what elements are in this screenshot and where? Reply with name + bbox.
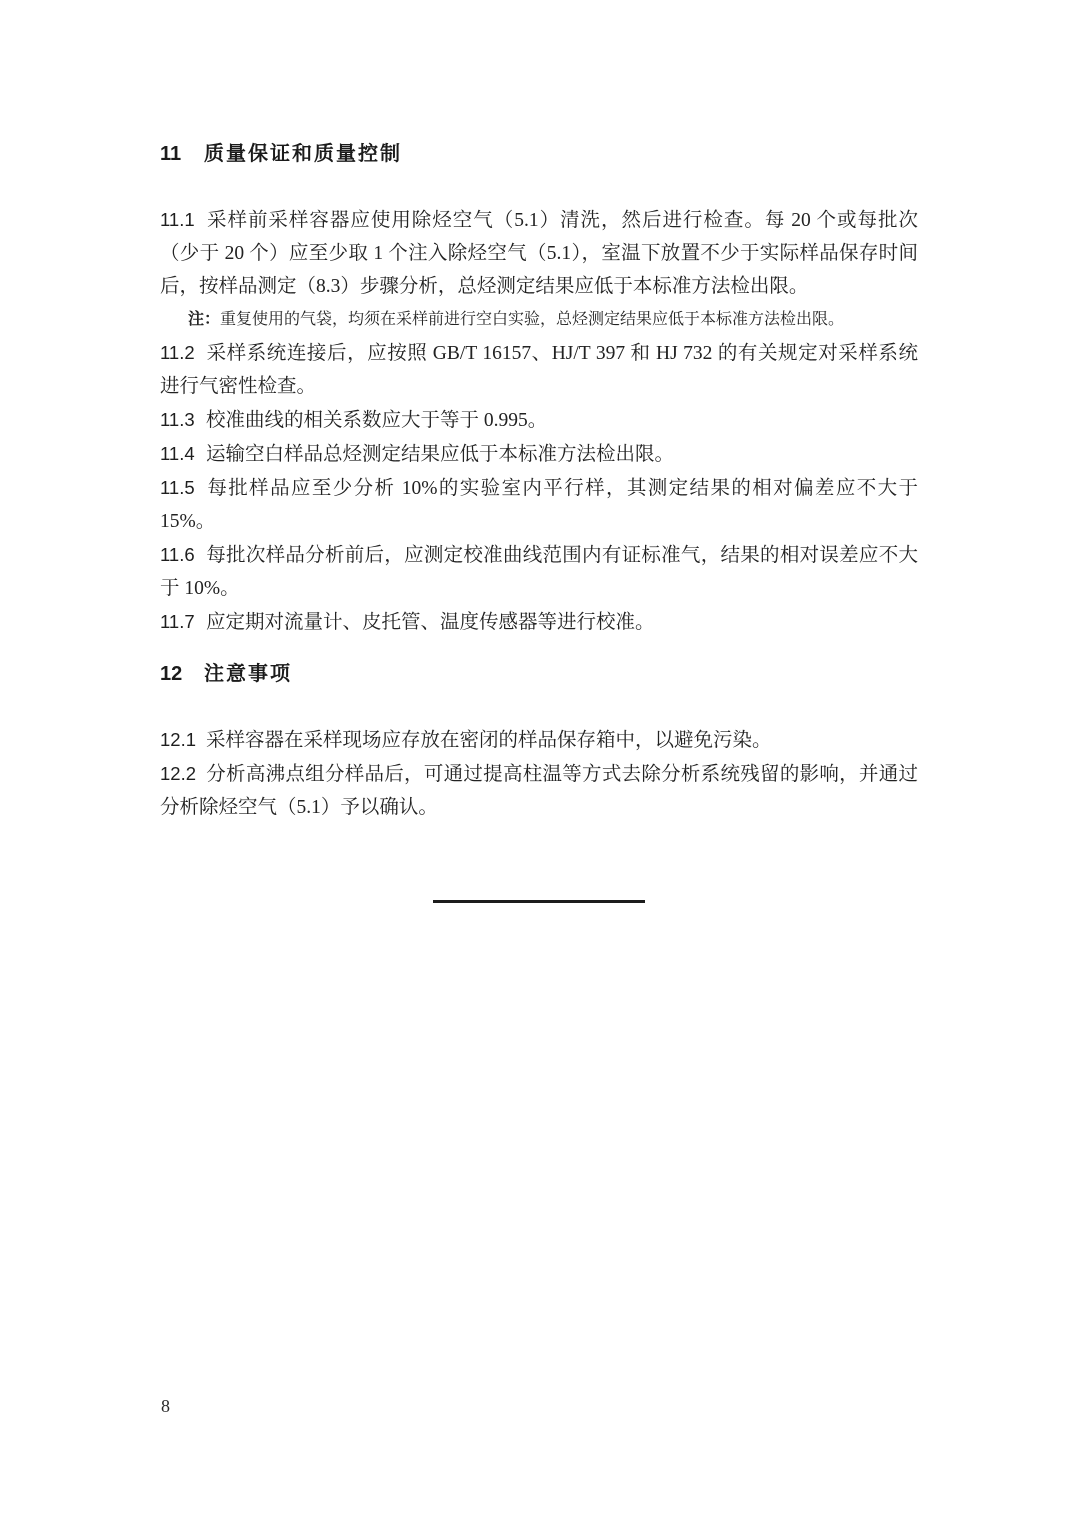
section-12-heading: 12注意事项 — [160, 663, 918, 685]
clause-11-6-text: 每批次样品分析前后，应测定校准曲线范围内有证标准气，结果的相对误差应不大于 10… — [160, 545, 918, 599]
clause-11-6-number: 11.6 — [160, 538, 206, 571]
clause-11-7: 11.7应定期对流量计、皮托管、温度传感器等进行校准。 — [160, 605, 918, 639]
clause-12-2: 12.2分析高沸点组分样品后，可通过提高柱温等方式去除分析系统残留的影响，并通过… — [160, 757, 918, 824]
document-page: 11质量保证和质量控制 11.1采样前采样容器应使用除烃空气（5.1）清洗，然后… — [0, 0, 1080, 1527]
clause-11-1-number: 11.1 — [160, 203, 206, 236]
clause-11-4: 11.4运输空白样品总烃测定结果应低于本标准方法检出限。 — [160, 437, 918, 471]
clause-11-3: 11.3校准曲线的相关系数应大于等于 0.995。 — [160, 403, 918, 437]
clause-11-5: 11.5每批样品应至少分析 10%的实验室内平行样，其测定结果的相对偏差应不大于… — [160, 471, 918, 538]
document-content: 11质量保证和质量控制 11.1采样前采样容器应使用除烃空气（5.1）清洗，然后… — [0, 0, 1080, 903]
section-12-number: 12 — [160, 663, 204, 685]
clause-12-2-number: 12.2 — [160, 757, 206, 790]
page-number: 8 — [161, 1395, 170, 1417]
clause-11-1: 11.1采样前采样容器应使用除烃空气（5.1）清洗，然后进行检查。每 20 个或… — [160, 203, 918, 303]
clause-11-2-text: 采样系统连接后，应按照 GB/T 16157、HJ/T 397 和 HJ 732… — [160, 343, 918, 397]
note-text: 重复使用的气袋，均须在采样前进行空白实验，总烃测定结果应低于本标准方法检出限。 — [220, 311, 844, 328]
section-12-title: 注意事项 — [204, 663, 292, 685]
clause-12-1-number: 12.1 — [160, 723, 206, 756]
clause-11-3-text: 校准曲线的相关系数应大于等于 0.995。 — [206, 410, 547, 431]
clause-11-5-number: 11.5 — [160, 471, 206, 504]
clause-11-1-text: 采样前采样容器应使用除烃空气（5.1）清洗，然后进行检查。每 20 个或每批次（… — [160, 210, 918, 297]
clause-12-1: 12.1采样容器在采样现场应存放在密闭的样品保存箱中，以避免污染。 — [160, 723, 918, 757]
clause-11-7-number: 11.7 — [160, 605, 206, 638]
clause-12-2-text: 分析高沸点组分样品后，可通过提高柱温等方式去除分析系统残留的影响，并通过分析除烃… — [160, 764, 918, 818]
clause-12-1-text: 采样容器在采样现场应存放在密闭的样品保存箱中，以避免污染。 — [206, 730, 772, 751]
section-11-number: 11 — [160, 143, 204, 165]
clause-11-6: 11.6每批次样品分析前后，应测定校准曲线范围内有证标准气，结果的相对误差应不大… — [160, 538, 918, 605]
clause-11-3-number: 11.3 — [160, 403, 206, 436]
note-label: 注： — [188, 311, 220, 328]
clause-11-5-text: 每批样品应至少分析 10%的实验室内平行样，其测定结果的相对偏差应不大于 15%… — [160, 478, 918, 532]
note-11-1: 注：重复使用的气袋，均须在采样前进行空白实验，总烃测定结果应低于本标准方法检出限… — [188, 305, 918, 334]
section-11-heading: 11质量保证和质量控制 — [160, 143, 918, 165]
clause-11-4-text: 运输空白样品总烃测定结果应低于本标准方法检出限。 — [206, 444, 674, 465]
section-11-title: 质量保证和质量控制 — [204, 143, 402, 165]
document-end-rule — [433, 900, 645, 903]
clause-11-7-text: 应定期对流量计、皮托管、温度传感器等进行校准。 — [206, 612, 655, 633]
clause-11-2: 11.2采样系统连接后，应按照 GB/T 16157、HJ/T 397 和 HJ… — [160, 336, 918, 403]
clause-11-4-number: 11.4 — [160, 437, 206, 470]
clause-11-2-number: 11.2 — [160, 336, 206, 369]
